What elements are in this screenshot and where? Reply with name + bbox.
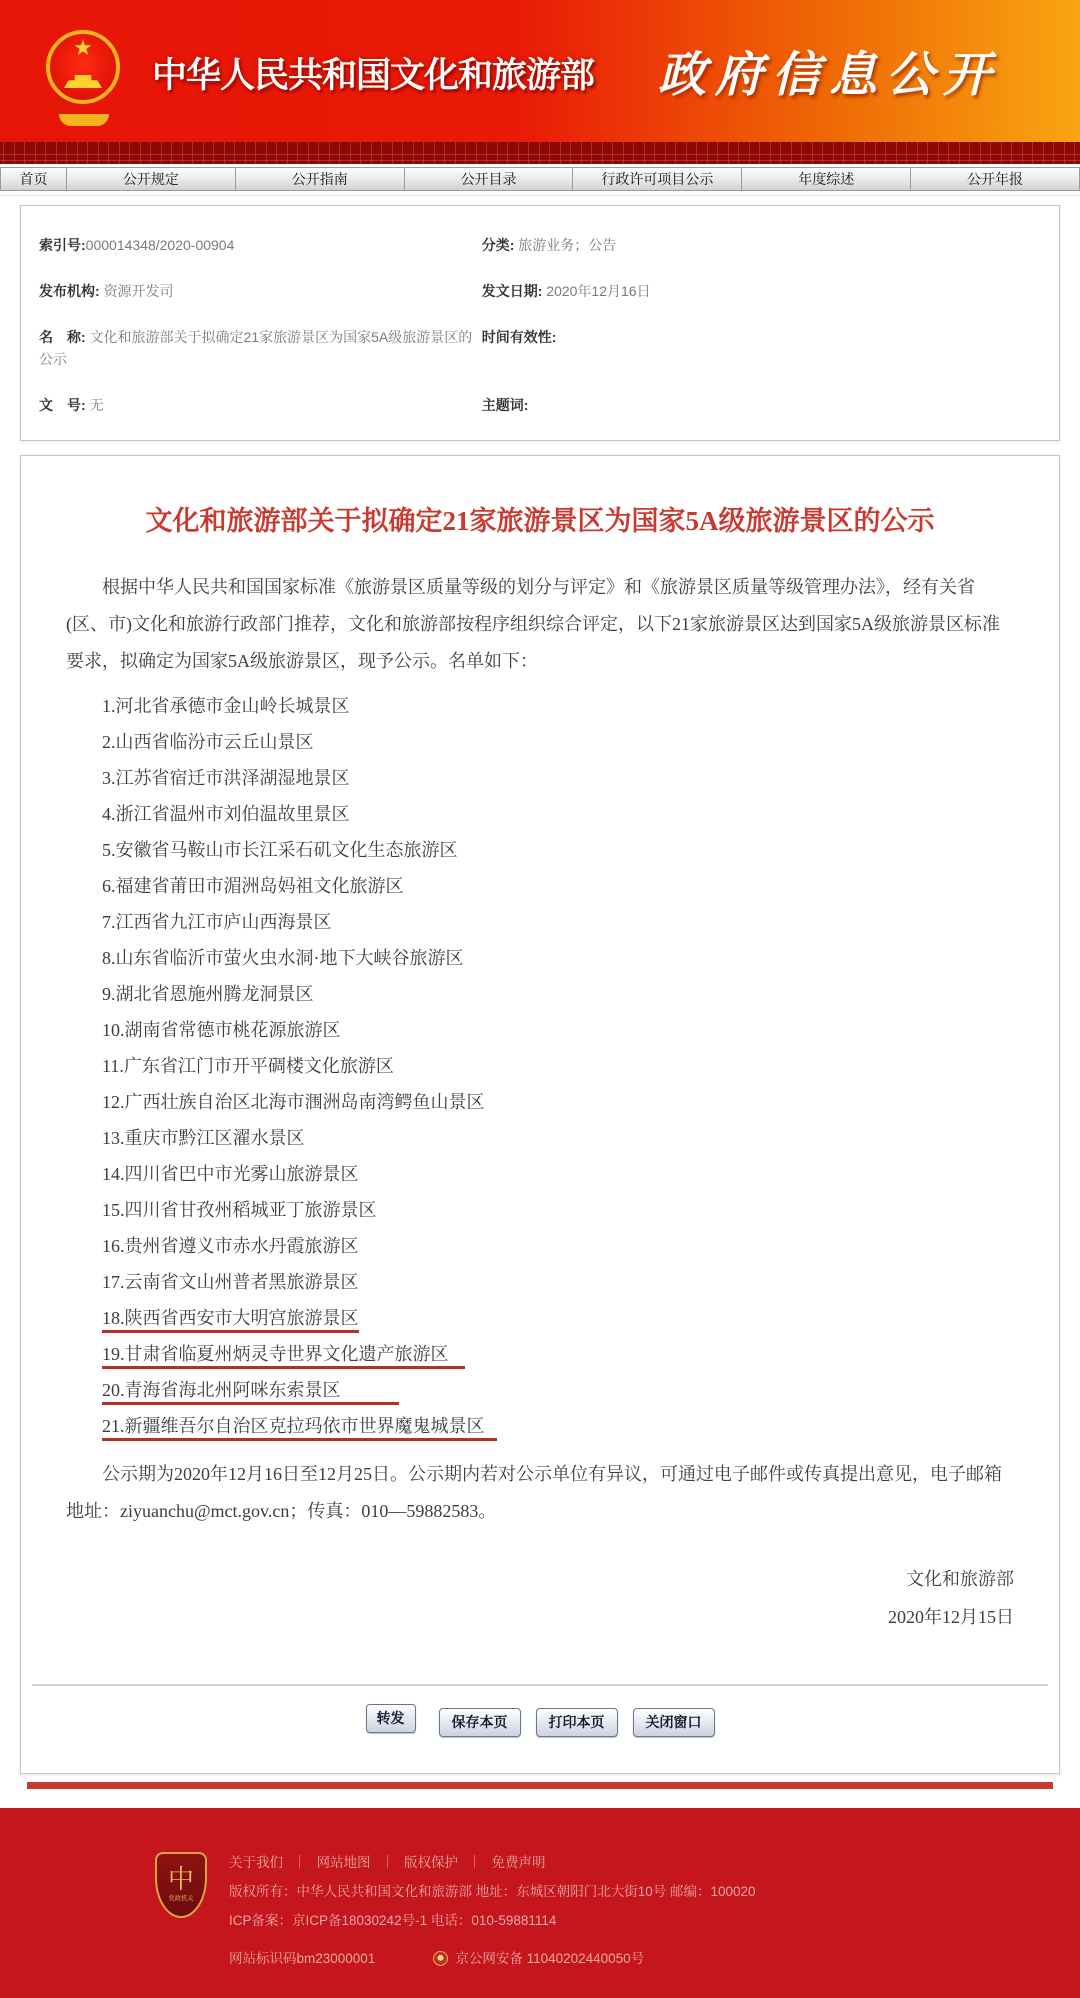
meta-row: 索引号:000014348/2020-00904 分类: 旅游业务；公告 (21, 222, 1059, 268)
list-item-text: 15.四川省甘孜州稻城亚丁旅游景区 (102, 1200, 377, 1220)
meta-label: 时间有效性: (482, 329, 557, 345)
meta-label: 主题词: (482, 397, 529, 413)
footer-link-about[interactable]: 关于我们 (229, 1855, 283, 1870)
page-actions: 转发 保存本页 打印本页 关闭窗口 (66, 1708, 1014, 1737)
list-item-underlined: 18.陕西省西安市大明宫旅游景区 (66, 1300, 1014, 1336)
emblem-wreath-icon (59, 114, 109, 126)
badge-label: 党政机关 (168, 1895, 193, 1904)
meta-label: 发文日期: (482, 283, 543, 299)
list-item-text: 20.青海省海北州阿咪东索景区 (102, 1380, 399, 1405)
meta-label: 名 称: (39, 329, 86, 345)
meta-label: 索引号: (39, 237, 86, 253)
footer-copyright-line: 版权所有：中华人民共和国文化和旅游部 地址：东城区朝阳门北大街10号 邮编：10… (229, 1877, 756, 1906)
list-item: 5.安徽省马鞍山市长江采石矶文化生态旅游区 (66, 832, 1014, 868)
list-item: 12.广西壮族自治区北海市涠洲岛南湾鳄鱼山景区 (66, 1084, 1014, 1120)
list-item: 4.浙江省温州市刘伯温故里景区 (66, 796, 1014, 832)
nav-tab-catalog[interactable]: 公开目录 (405, 167, 574, 191)
list-item-text: 2.山西省临汾市云丘山景区 (102, 732, 314, 752)
meta-validity: 时间有效性: (478, 326, 1059, 370)
nav-tab-rules[interactable]: 公开规定 (67, 167, 236, 191)
list-item-text: 16.贵州省遵义市赤水丹霞旅游区 (102, 1236, 359, 1256)
meta-category: 分类: 旅游业务；公告 (478, 234, 1059, 256)
nav-tab-annual-report[interactable]: 公开年报 (911, 167, 1080, 191)
meta-value: 无 (90, 397, 104, 413)
meta-subject-words: 主题词: (478, 394, 1059, 416)
link-separator: ｜ (381, 1855, 395, 1870)
national-emblem-icon (46, 30, 122, 126)
footer-icp-line: ICP备案：京ICP备18030242号-1 电话：010-59881114 (229, 1906, 756, 1935)
list-item: 16.贵州省遵义市赤水丹霞旅游区 (66, 1228, 1014, 1264)
meta-row: 名 称: 文化和旅游部关于拟确定21家旅游景区为国家5A级旅游景区的公示 时间有… (21, 314, 1059, 382)
list-item: 17.云南省文山州普者黑旅游景区 (66, 1264, 1014, 1300)
nav-tab-annual-summary[interactable]: 年度综述 (742, 167, 911, 191)
signature-date: 2020年12月15日 (66, 1598, 1014, 1636)
meta-label: 发布机构: (39, 283, 100, 299)
red-divider-bar (27, 1782, 1053, 1789)
party-gov-badge-icon: 中 党政机关 (155, 1852, 207, 1918)
meta-value: 000014348/2020-00904 (86, 237, 235, 253)
list-item: 15.四川省甘孜州稻城亚丁旅游景区 (66, 1192, 1014, 1228)
footer-text-block: 关于我们｜网站地图｜版权保护｜免费声明 版权所有：中华人民共和国文化和旅游部 地… (229, 1848, 756, 1998)
footer-record-line: 网站标识码bm23000001 京公网安备 11040202440050号 (229, 1944, 756, 1973)
badge-glyph: 中 (168, 1866, 194, 1894)
list-item-text: 3.江苏省宿迁市洪泽湖湿地景区 (102, 768, 350, 788)
document-closing-paragraph: 公示期为2020年12月16日至12月25日。公示期内若对公示单位有异议，可通过… (66, 1456, 1014, 1530)
link-separator: ｜ (293, 1855, 307, 1870)
scenic-area-list: 1.河北省承德市金山岭长城景区 2.山西省临汾市云丘山景区 3.江苏省宿迁市洪泽… (66, 688, 1014, 1444)
link-separator: ｜ (468, 1855, 482, 1870)
signature-block: 文化和旅游部 2020年12月15日 (66, 1560, 1014, 1636)
footer-police-record[interactable]: 京公网安备 11040202440050号 (455, 1944, 644, 1973)
forward-button[interactable]: 转发 (366, 1704, 416, 1733)
meta-value: 资源开发司 (104, 283, 174, 299)
decorative-meander-border (0, 142, 1080, 164)
list-item: 8.山东省临沂市萤火虫水洞·地下大峡谷旅游区 (66, 940, 1014, 976)
meta-value: 2020年12月16日 (546, 283, 650, 299)
meta-row: 发布机构: 资源开发司 发文日期: 2020年12月16日 (21, 268, 1059, 314)
list-item-text: 9.湖北省恩施州腾龙洞景区 (102, 984, 314, 1004)
list-item: 11.广东省江门市开平碉楼文化旅游区 (66, 1048, 1014, 1084)
meta-value: 文化和旅游部关于拟确定21家旅游景区为国家5A级旅游景区的公示 (39, 329, 472, 367)
site-title: 中华人民共和国文化和旅游部 (152, 48, 594, 98)
meta-label: 文 号: (39, 397, 86, 413)
content-divider (32, 1684, 1048, 1686)
emblem-star-icon (46, 30, 120, 104)
list-item-text: 19.甘肃省临夏州炳灵寺世界文化遗产旅游区 (102, 1344, 465, 1369)
footer-site-code: 网站标识码bm23000001 (229, 1944, 375, 1973)
meta-document-number: 文 号: 无 (21, 394, 478, 416)
list-item-text: 7.江西省九江市庐山西海景区 (102, 912, 332, 932)
list-item-underlined: 21.新疆维吾尔自治区克拉玛依市世界魔鬼城景区 (66, 1408, 1014, 1444)
nav-tab-home[interactable]: 首页 (0, 167, 67, 191)
nav-tab-guide[interactable]: 公开指南 (236, 167, 405, 191)
list-item: 7.江西省九江市庐山西海景区 (66, 904, 1014, 940)
meta-label: 分类: (482, 237, 515, 253)
list-item-text: 21.新疆维吾尔自治区克拉玛依市世界魔鬼城景区 (102, 1416, 497, 1441)
list-item-text: 4.浙江省温州市刘伯温故里景区 (102, 804, 350, 824)
document-metadata-panel: 索引号:000014348/2020-00904 分类: 旅游业务；公告 发布机… (20, 205, 1060, 441)
main-nav: 首页 公开规定 公开指南 公开目录 行政许可项目公示 年度综述 公开年报 (0, 164, 1080, 196)
list-item-text: 13.重庆市黔江区濯水景区 (102, 1128, 305, 1148)
list-item: 1.河北省承德市金山岭长城景区 (66, 688, 1014, 724)
police-badge-icon (433, 1951, 448, 1966)
list-item: 13.重庆市黔江区濯水景区 (66, 1120, 1014, 1156)
list-item: 9.湖北省恩施州腾龙洞景区 (66, 976, 1014, 1012)
list-item-text: 5.安徽省马鞍山市长江采石矶文化生态旅游区 (102, 840, 458, 860)
meta-row: 文 号: 无 主题词: (21, 382, 1059, 428)
section-title: 政府信息公开 (658, 36, 1000, 105)
nav-tab-admin-permits[interactable]: 行政许可项目公示 (573, 167, 742, 191)
list-item-text: 12.广西壮族自治区北海市涠洲岛南湾鳄鱼山景区 (102, 1092, 485, 1112)
meta-value: 旅游业务；公告 (518, 237, 616, 253)
list-item: 6.福建省莆田市湄洲岛妈祖文化旅游区 (66, 868, 1014, 904)
document-title: 文化和旅游部关于拟确定21家旅游景区为国家5A级旅游景区的公示 (135, 498, 945, 545)
list-item-text: 17.云南省文山州普者黑旅游景区 (102, 1272, 359, 1292)
signature-agency: 文化和旅游部 (66, 1560, 1014, 1598)
site-footer: 中 党政机关 关于我们｜网站地图｜版权保护｜免费声明 版权所有：中华人民共和国文… (0, 1808, 1080, 1998)
list-item-text: 10.湖南省常德市桃花源旅游区 (102, 1020, 341, 1040)
document-intro-paragraph: 根据中华人民共和国国家标准《旅游景区质量等级的划分与评定》和《旅游景区质量等级管… (66, 569, 1014, 680)
list-item-underlined: 20.青海省海北州阿咪东索景区 (66, 1372, 1014, 1408)
list-item: 10.湖南省常德市桃花源旅游区 (66, 1012, 1014, 1048)
list-item: 3.江苏省宿迁市洪泽湖湿地景区 (66, 760, 1014, 796)
footer-links: 关于我们｜网站地图｜版权保护｜免费声明 (229, 1848, 756, 1877)
meta-index-number: 索引号:000014348/2020-00904 (21, 234, 478, 256)
list-item-text: 6.福建省莆田市湄洲岛妈祖文化旅游区 (102, 876, 404, 896)
site-banner: 中华人民共和国文化和旅游部 政府信息公开 (0, 0, 1080, 142)
list-item: 2.山西省临汾市云丘山景区 (66, 724, 1014, 760)
meta-document-name: 名 称: 文化和旅游部关于拟确定21家旅游景区为国家5A级旅游景区的公示 (21, 326, 478, 370)
meta-issuing-agency: 发布机构: 资源开发司 (21, 280, 478, 302)
footer-link-copyright[interactable]: 版权保护 (404, 1855, 458, 1870)
list-item-text: 8.山东省临沂市萤火虫水洞·地下大峡谷旅游区 (102, 948, 464, 968)
print-page-button[interactable]: 打印本页 (536, 1708, 618, 1737)
list-item-text: 11.广东省江门市开平碉楼文化旅游区 (102, 1056, 394, 1076)
list-item-text: 18.陕西省西安市大明宫旅游景区 (102, 1308, 359, 1333)
list-item-underlined: 19.甘肃省临夏州炳灵寺世界文化遗产旅游区 (66, 1336, 1014, 1372)
close-window-button[interactable]: 关闭窗口 (633, 1708, 715, 1737)
list-item: 14.四川省巴中市光雾山旅游景区 (66, 1156, 1014, 1192)
list-item-text: 1.河北省承德市金山岭长城景区 (102, 696, 350, 716)
footer-link-disclaimer[interactable]: 免费声明 (492, 1855, 546, 1870)
footer-link-sitemap[interactable]: 网站地图 (317, 1855, 371, 1870)
save-page-button[interactable]: 保存本页 (439, 1708, 521, 1737)
announcement-document-panel: 文化和旅游部关于拟确定21家旅游景区为国家5A级旅游景区的公示 根据中华人民共和… (20, 455, 1060, 1774)
list-item-text: 14.四川省巴中市光雾山旅游景区 (102, 1164, 359, 1184)
meta-issue-date: 发文日期: 2020年12月16日 (478, 280, 1059, 302)
